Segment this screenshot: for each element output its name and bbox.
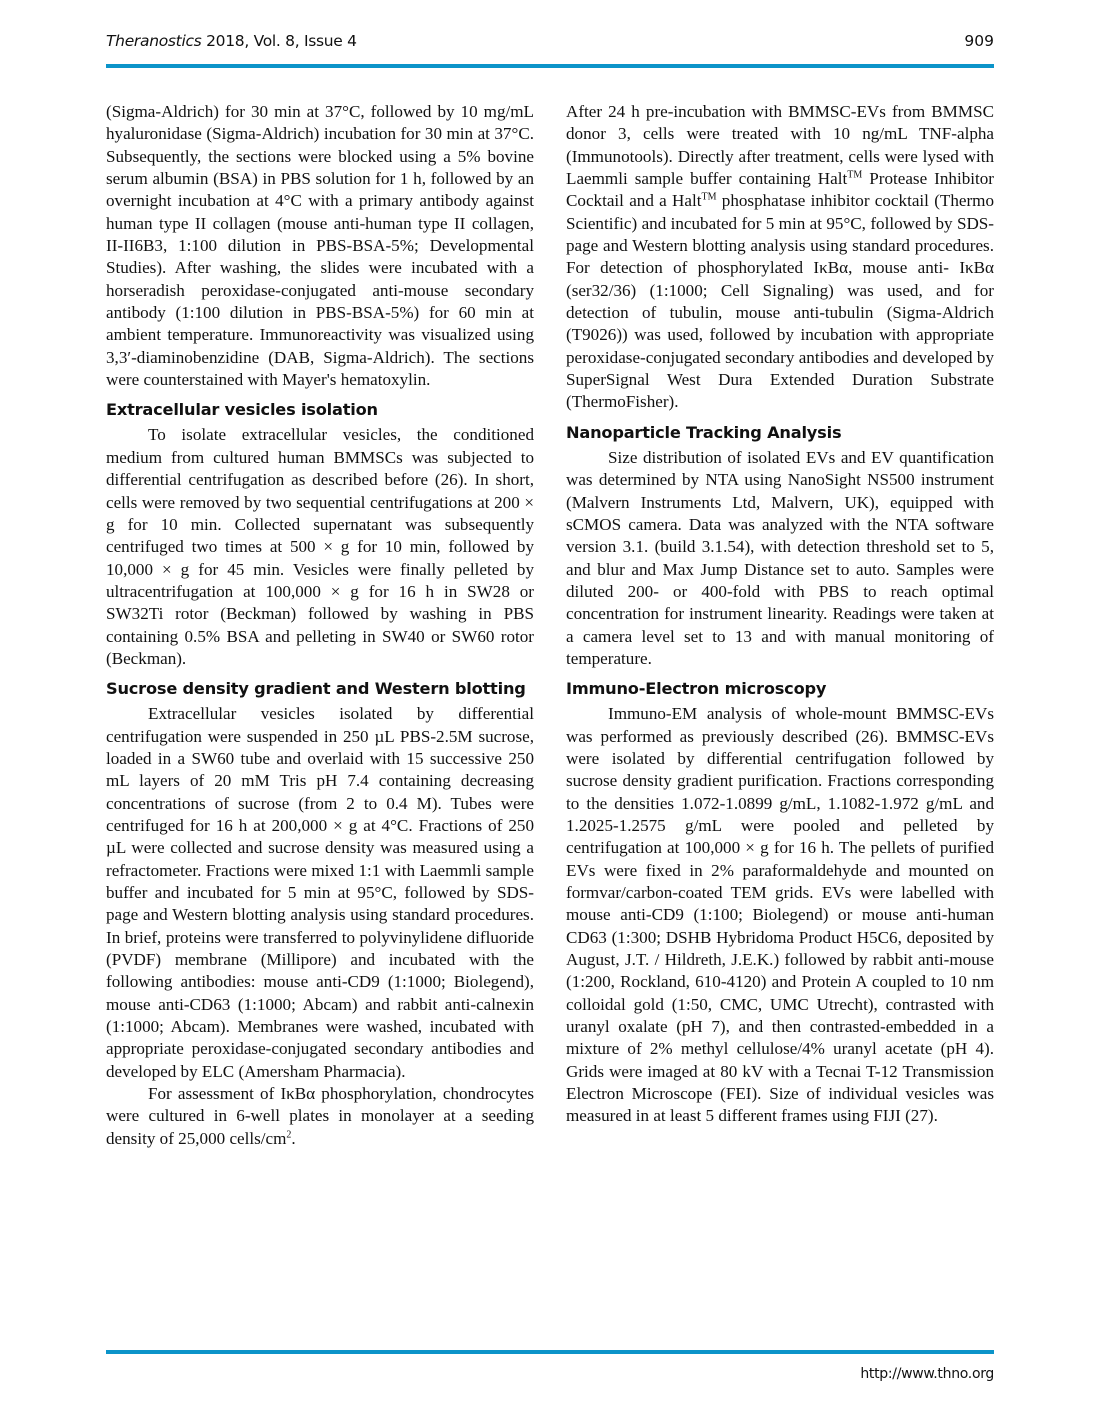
footer-rule [106,1350,994,1354]
paragraph-sucrose-western: Extracellular vesicles isolated by diffe… [106,703,534,1083]
paragraph-nta: Size distribution of isolated EVs and EV… [566,447,994,670]
ikb-text-end: . [291,1129,295,1148]
heading-extracellular-vesicles-isolation: Extracellular vesicles isolation [106,400,534,420]
heading-nanoparticle-tracking: Nanoparticle Tracking Analysis [566,423,994,443]
journal-volume-issue: 2018, Vol. 8, Issue 4 [201,32,356,50]
header-rule [106,64,994,68]
paragraph-immuno-em: Immuno-EM analysis of whole-mount BMMSC-… [566,703,994,1128]
paragraph-ikb-assessment: For assessment of IκBα phosphorylation, … [106,1083,534,1150]
ikb-text: For assessment of IκBα phosphorylation, … [106,1084,534,1148]
heading-sucrose-density-gradient: Sucrose density gradient and Western blo… [106,679,534,699]
paragraph-ev-isolation: To isolate extracellular vesicles, the c… [106,424,534,670]
heading-immuno-electron-microscopy: Immuno-Electron microscopy [566,679,994,699]
text-part: phosphatase inhibitor cocktail (Thermo S… [566,191,994,411]
page-number: 909 [964,32,994,50]
footer-url[interactable]: http://www.thno.org [860,1366,994,1382]
trademark-superscript: TM [847,169,862,180]
paragraph-ikb-continued: After 24 h pre-incubation with BMMSC-EVs… [566,101,994,414]
trademark-superscript: TM [702,192,717,203]
journal-citation: Theranostics 2018, Vol. 8, Issue 4 [106,32,357,50]
running-header: Theranostics 2018, Vol. 8, Issue 4 909 [106,32,994,54]
journal-name: Theranostics [106,32,201,50]
right-column: After 24 h pre-incubation with BMMSC-EVs… [566,101,994,1128]
paragraph-immunohistochemistry-continued: (Sigma-Aldrich) for 30 min at 37°C, foll… [106,101,534,391]
left-column: (Sigma-Aldrich) for 30 min at 37°C, foll… [106,101,534,1150]
